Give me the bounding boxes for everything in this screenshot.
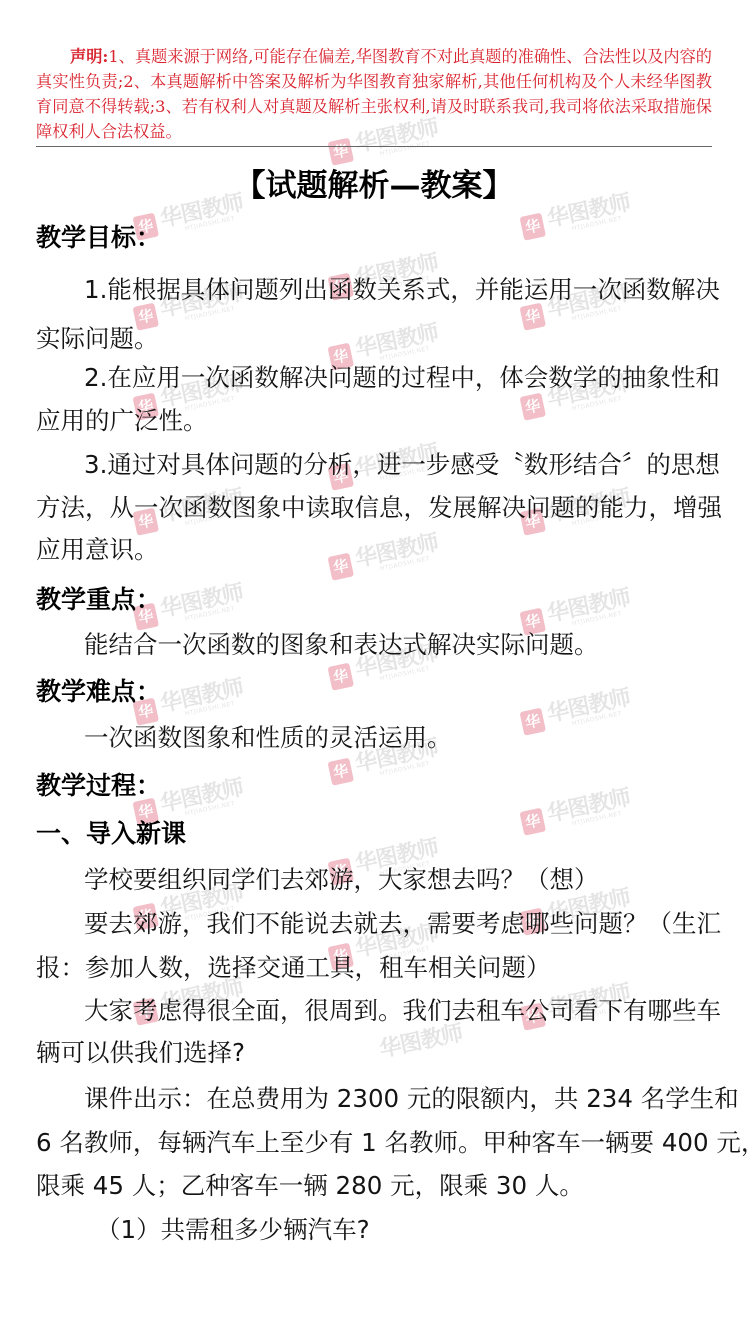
disclaimer: 声明:1、真题来源于网络,可能存在偏差,华图教育不对此真题的准确性、合法性以及内… bbox=[36, 44, 712, 144]
paragraph-line: 大家考虑得很全面，很周到。我们去租车公司看下有哪些车 bbox=[84, 995, 748, 1027]
header-divider bbox=[36, 146, 712, 147]
disclaimer-lead: 声明: bbox=[70, 47, 108, 66]
section-heading-goals: 教学目标： bbox=[36, 222, 716, 254]
paragraph-line: 3.通过对具体问题的分析，进一步感受〝数形结合〞的思想 bbox=[84, 449, 748, 481]
paragraph-line: 2.在应用一次函数解决问题的过程中，体会数学的抽象性和 bbox=[84, 362, 748, 394]
section-heading-key-points: 教学重点： bbox=[36, 584, 716, 616]
paragraph-line: 课件出示：在总费用为 2300 元的限额内，共 234 名学生和 bbox=[84, 1083, 748, 1115]
document-page: 华华图教师HTJIAOSHI.NET 华华图教师HTJIAOSHI.NET 华华… bbox=[0, 0, 748, 1335]
section-heading-process: 教学过程： bbox=[36, 770, 716, 802]
paragraph-line: 应用意识。 bbox=[36, 534, 716, 566]
paragraph-line: （1）共需租多少辆汽车? bbox=[96, 1214, 748, 1246]
paragraph-line: 要去郊游，我们不能说去就去，需要考虑哪些问题？（生汇 bbox=[84, 908, 748, 940]
paragraph-line: 1.能根据具体问题列出函数关系式，并能运用一次函数解决 bbox=[84, 274, 748, 306]
paragraph-line: 限乘 45 人；乙种客车一辆 280 元，限乘 30 人。 bbox=[36, 1170, 716, 1202]
paragraph-line: 报：参加人数，选择交通工具，租车相关问题） bbox=[36, 952, 716, 984]
subsection-heading-intro: 一、导入新课 bbox=[36, 818, 716, 850]
document-title: 【试题解析—教案】 bbox=[0, 166, 748, 206]
paragraph-line: 应用的广泛性。 bbox=[36, 405, 716, 437]
paragraph-line: 学校要组织同学们去郊游，大家想去吗？（想） bbox=[84, 864, 748, 896]
paragraph-line: 6 名教师，每辆汽车上至少有 1 名教师。甲种客车一辆要 400 元， bbox=[36, 1127, 716, 1159]
paragraph-line: 能结合一次函数的图象和表达式解决实际问题。 bbox=[84, 629, 748, 661]
section-heading-difficulties: 教学难点： bbox=[36, 676, 716, 708]
paragraph-line: 一次函数图象和性质的灵活运用。 bbox=[84, 722, 748, 754]
paragraph-line: 方法，从一次函数图象中读取信息，发展解决问题的能力，增强 bbox=[36, 492, 716, 524]
disclaimer-text: 1、真题来源于网络,可能存在偏差,华图教育不对此真题的准确性、合法性以及内容的真… bbox=[36, 47, 712, 141]
paragraph-line: 实际问题。 bbox=[36, 323, 716, 355]
paragraph-line: 辆可以供我们选择? bbox=[36, 1037, 716, 1069]
